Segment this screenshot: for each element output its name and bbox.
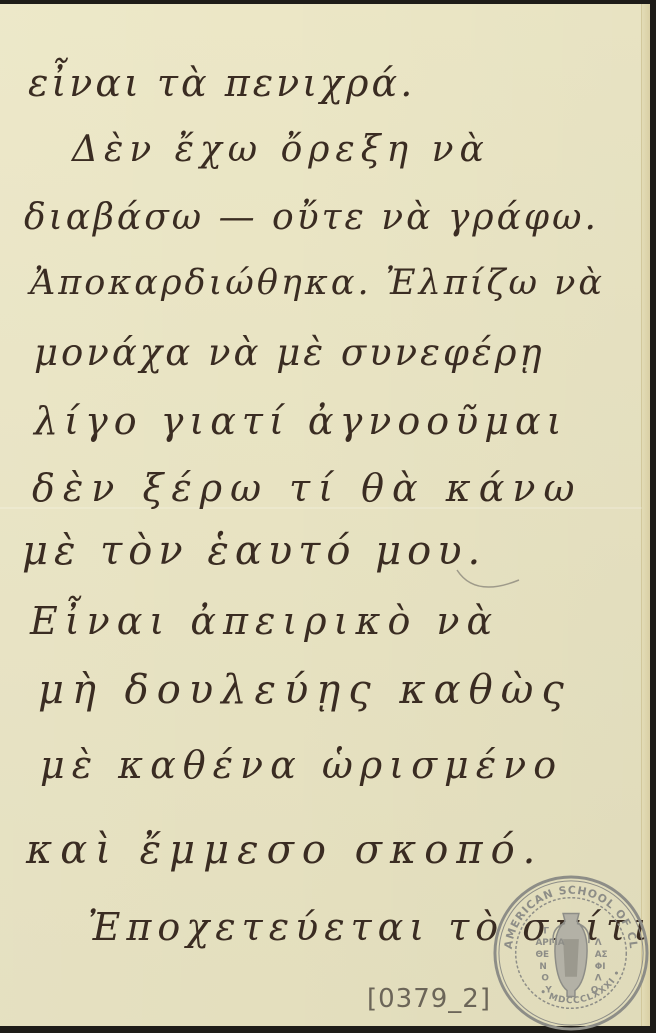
handwritten-line-10: μὴ δουλεύῃς καθὼς [38, 670, 572, 710]
handwritten-line-2: Δὲν ἔχω ὄρεξη νὰ [72, 132, 490, 168]
handwritten-line-8: μὲ τὸν ἑαυτό μου. [22, 531, 486, 571]
handwritten-line-6: λίγο γιατί ἀγνοοῦμαι [34, 402, 568, 440]
archive-seal-icon: AMERICAN SCHOOL OF CLASSICAL STUDIES AT … [492, 874, 650, 1032]
handwritten-line-7: δὲν ξέρω τί θὰ κάνω [32, 469, 582, 507]
paper-edge [641, 4, 650, 1026]
handwritten-line-4: Ἀποκαρδιώθηκα. Ἐλπίζω νὰ [30, 266, 605, 301]
handwritten-line-9: Εἶναι ἀπειρικὸ νὰ [30, 602, 499, 640]
handwritten-line-1: εἶναι τὰ πενιχρά. [28, 64, 415, 102]
pencil-mark [455, 564, 535, 604]
scan-frame: εἶναι τὰ πενιχρά. Δὲν ἔχω ὄρεξη νὰ διαβά… [0, 0, 656, 1033]
handwritten-line-11: μὲ καθένα ὡρισμένο [40, 746, 563, 784]
archive-reference-number: [0379_2] [367, 984, 491, 1014]
handwritten-line-3: διαβάσω — οὔτε νὰ γράφω. [24, 200, 599, 236]
letter-page: εἶναι τὰ πενιχρά. Δὲν ἔχω ὄρεξη νὰ διαβά… [0, 4, 650, 1026]
handwritten-line-12: καὶ ἔμμεσο σκοπό. [26, 830, 543, 870]
handwritten-line-5: μονάχα νὰ μὲ συνεφέρῃ [34, 334, 545, 371]
